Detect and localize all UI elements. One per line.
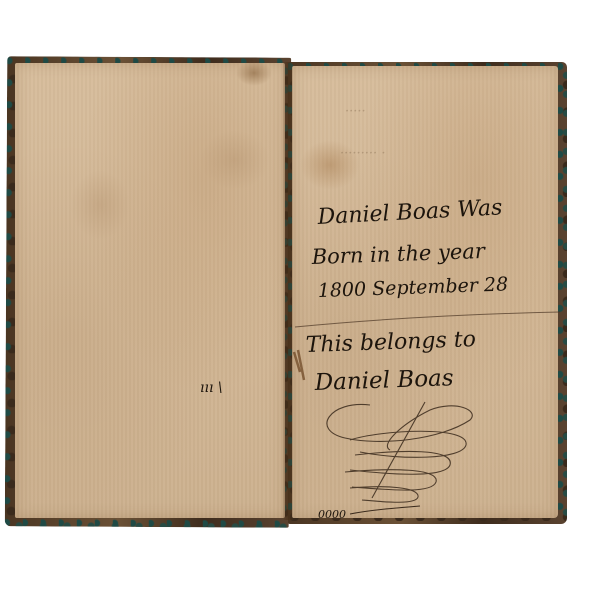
faint-writing-line: ········· · xyxy=(340,146,385,161)
signature-underline xyxy=(350,506,420,514)
calligraphic-flourish xyxy=(327,402,472,502)
inscription-line-2: Born in the year xyxy=(310,239,487,269)
inscription-line-3: 1800 September 28 xyxy=(317,273,508,302)
faint-writing-line: ····· xyxy=(345,104,366,119)
photo-scene: ····· ········· · Daniel Boas Was Born i… xyxy=(0,0,600,600)
ownership-line-1: This belongs to xyxy=(305,327,476,358)
ink-marks-left: ııı \ xyxy=(200,380,223,396)
inscription-line-1: Daniel Boas Was xyxy=(316,195,503,230)
ownership-line-2: Daniel Boas xyxy=(313,365,454,396)
ink-bleed-mark xyxy=(294,350,304,380)
signature-flourish: 0000 xyxy=(318,508,346,521)
ruled-line xyxy=(295,312,560,327)
handwriting-layer: ····· ········· · Daniel Boas Was Born i… xyxy=(0,0,600,600)
